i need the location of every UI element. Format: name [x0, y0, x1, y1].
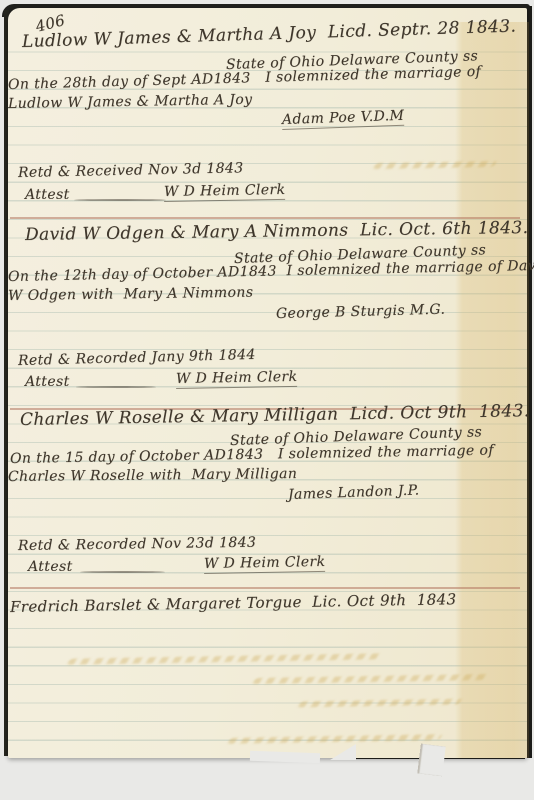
paper-torn-notch	[417, 744, 445, 777]
entry-body-line: W Odgen with Mary A Nimmons	[8, 286, 254, 303]
entry-body-line: Charles W Roselle with Mary Milligan	[8, 467, 297, 484]
red-rule-line	[10, 587, 520, 589]
pen-flourish	[80, 571, 165, 573]
pen-flourish	[74, 199, 166, 201]
clerk-signature: W D Heim Clerk	[164, 183, 286, 202]
pen-flourish	[76, 386, 156, 388]
attest-label: Attest	[25, 188, 70, 202]
tape-strip	[455, 22, 529, 758]
paper-tear	[250, 751, 320, 763]
entry-body-line: Ludlow W James & Martha A Joy	[8, 93, 253, 111]
clerk-signature: W D Heim Clerk	[176, 370, 298, 389]
ruled-lines	[8, 34, 527, 750]
paper-tear	[330, 744, 356, 760]
record-line: Retd & Recorded Nov 23d 1843	[18, 536, 257, 553]
officiant-signature: George B Sturgis M.G.	[276, 303, 446, 321]
attest-label: Attest	[28, 560, 73, 574]
clerk-signature: W D Heim Clerk	[204, 555, 326, 574]
attest-label: Attest	[25, 375, 70, 389]
